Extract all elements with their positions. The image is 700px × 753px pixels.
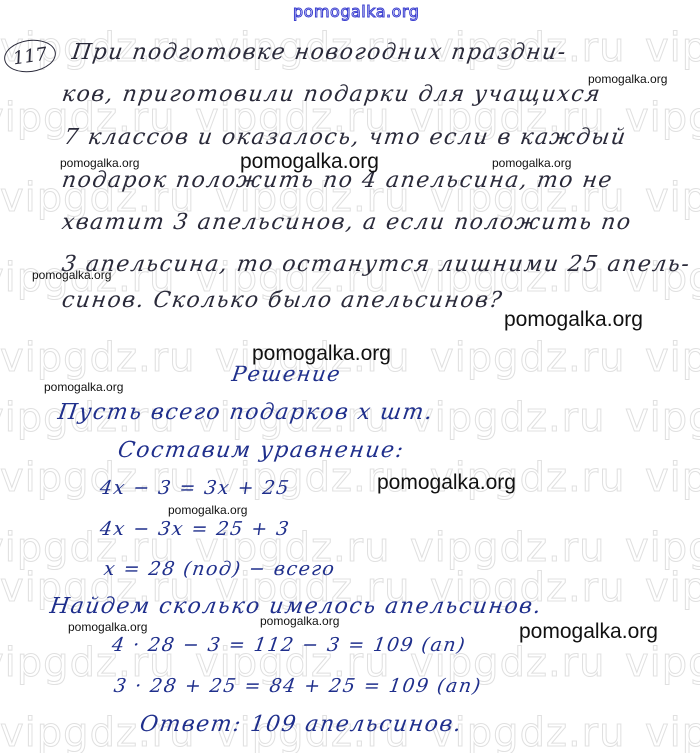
- site-watermark: pomogalka.org: [240, 150, 379, 174]
- site-watermark: pomogalka.org: [68, 620, 147, 634]
- calculation-line: 4 · 28 − 3 = 112 − 3 = 109 (ап): [110, 634, 467, 656]
- site-watermark: pomogalka.org: [44, 380, 123, 394]
- equation-line: x = 28 (под) − всего: [102, 558, 337, 580]
- equation-line: 4x − 3 = 3x + 25: [98, 477, 291, 499]
- background-watermark: vipgdz.ru: [625, 95, 700, 141]
- site-watermark: pomogalka.org: [588, 72, 667, 86]
- equation-line: 4x − 3x = 25 + 3: [98, 518, 291, 540]
- background-watermark: vipgdz.ru: [645, 335, 700, 381]
- problem-line: ков, приготовили подарки для учащихся: [60, 82, 603, 107]
- problem-line: 3 апельсина, то останутся лишними 25 апе…: [60, 252, 692, 277]
- calculation-line: 3 · 28 + 25 = 84 + 25 = 109 (ап): [112, 675, 483, 697]
- solution-line: Составим уравнение:: [116, 438, 406, 463]
- problem-line: хватит 3 апельсинов, а если положить по: [60, 210, 633, 235]
- header-watermark: pomogalka.org: [293, 2, 419, 21]
- site-watermark: pomogalka.org: [504, 308, 643, 332]
- answer-line: Ответ: 109 апельсинов.: [138, 712, 464, 737]
- background-watermark: vipgdz.ru: [645, 175, 700, 221]
- background-watermark: vipgdz.ru: [645, 710, 700, 753]
- homework-page: vipgdz.ruvipgdz.ruvipgdz.ruvipgdz.ruvipg…: [0, 0, 700, 753]
- background-watermark: vipgdz.ru: [410, 395, 605, 441]
- problem-line: При подготовке новогодних праздни-: [70, 40, 568, 65]
- site-watermark: pomogalka.org: [32, 268, 111, 282]
- site-watermark: pomogalka.org: [377, 471, 516, 495]
- background-watermark: vipgdz.ru: [645, 455, 700, 501]
- site-watermark: pomogalka.org: [168, 503, 247, 517]
- site-watermark: pomogalka.org: [519, 620, 658, 644]
- problem-line: 7 классов и оказалось, что если в каждый: [62, 125, 628, 150]
- site-watermark: pomogalka.org: [60, 156, 139, 170]
- solution-line: Пусть всего подарков x шт.: [56, 400, 435, 425]
- site-watermark: pomogalka.org: [492, 156, 571, 170]
- background-watermark: vipgdz.ru: [430, 335, 625, 381]
- background-watermark: vipgdz.ru: [0, 335, 195, 381]
- problem-line: синов. Сколько было апельсинов?: [60, 288, 504, 313]
- site-watermark: pomogalka.org: [260, 614, 339, 628]
- background-watermark: vipgdz.ru: [625, 395, 700, 441]
- background-watermark: vipgdz.ru: [645, 25, 700, 71]
- site-watermark: pomogalka.org: [252, 342, 391, 366]
- background-watermark: vipgdz.ru: [645, 565, 700, 611]
- background-watermark: vipgdz.ru: [625, 640, 700, 686]
